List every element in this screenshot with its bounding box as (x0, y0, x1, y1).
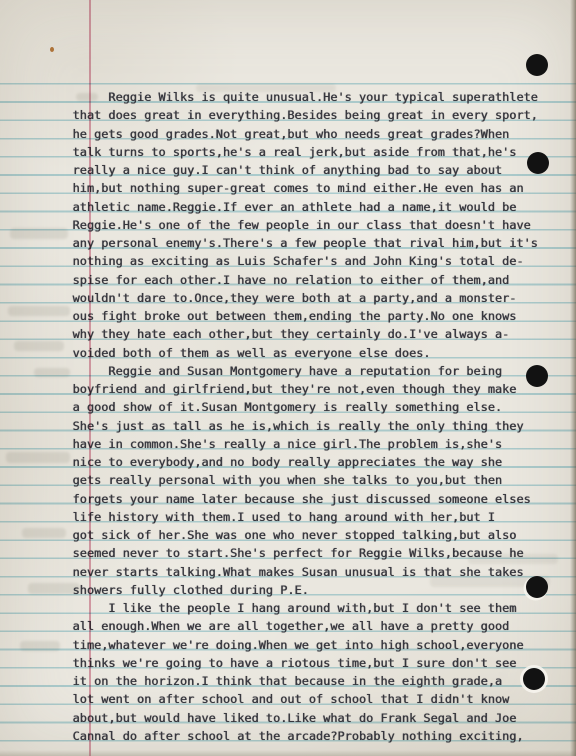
text-line: She's just as tall as he is,which is rea… (73, 417, 538, 435)
text-line: athletic name.Reggie.If ever an athlete … (73, 198, 538, 216)
punch-hole (523, 668, 545, 690)
text-line: voided both of them as well as everyone … (73, 344, 538, 362)
bleed-through-smudge (20, 641, 60, 651)
text-line: he gets good grades.Not great,but who ne… (73, 125, 538, 143)
text-line: ous fight broke out between them,ending … (73, 307, 538, 325)
text-line: any personal enemy's.There's a few peopl… (73, 234, 538, 252)
text-line: it on the horizon.I think that because i… (73, 672, 538, 690)
text-line: time,whatever we're doing.When we get in… (73, 636, 538, 654)
bleed-through-smudge (14, 341, 64, 351)
page-bottom-edge (0, 750, 576, 756)
notebook-paper-page: Reggie Wilks is quite unusual.He's your … (0, 0, 576, 756)
bleed-through-smudge (10, 228, 68, 239)
text-line: forgets your name later because she just… (73, 490, 538, 508)
text-line: I like the people I hang around with,but… (73, 599, 538, 617)
page-right-edge (570, 0, 576, 756)
text-line: nice to everybody,and no body really app… (73, 453, 538, 471)
text-line: gets really personal with you when she t… (73, 471, 538, 489)
ink-speck (50, 47, 54, 52)
text-line: never starts talking.What makes Susan un… (73, 563, 538, 581)
text-line: him,but nothing super-great comes to min… (73, 179, 538, 197)
text-line: really a nice guy.I can't think of anyth… (73, 161, 538, 179)
text-line: wouldn't dare to.Once,they were both at … (73, 289, 538, 307)
text-line: Reggie and Susan Montgomery have a reput… (73, 362, 538, 380)
text-line: all enough.When we are all together,we a… (73, 617, 538, 635)
punch-hole (527, 152, 549, 174)
text-line: talk turns to sports,he's a real jerk,bu… (73, 143, 538, 161)
text-line: thinks we're going to have a riotous tim… (73, 654, 538, 672)
text-line: spise for each other.I have no relation … (73, 271, 538, 289)
bleed-through-smudge (8, 306, 70, 316)
text-line: lot went on after school and out of scho… (73, 690, 538, 708)
punch-hole (526, 576, 548, 598)
text-line: got sick of her.She was one who never st… (73, 526, 538, 544)
text-line: Reggie Wilks is quite unusual.He's your … (73, 88, 538, 106)
text-line: why they hate each other,but they certai… (73, 325, 538, 343)
text-line: that does great in everything.Besides be… (73, 106, 538, 124)
text-line: showers fully clothed during P.E. (73, 581, 538, 599)
text-line: a good show of it.Susan Montgomery is re… (73, 398, 538, 416)
text-line: boyfriend and girlfriend,but they're not… (73, 380, 538, 398)
text-line: about,but would have liked to.Like what … (73, 709, 538, 727)
punch-hole (526, 365, 548, 387)
typed-text: Reggie Wilks is quite unusual.He's your … (73, 88, 538, 745)
text-line: life history with them.I used to hang ar… (73, 508, 538, 526)
text-line: Cannal do after school at the arcade?Pro… (73, 727, 538, 745)
bleed-through-smudge (6, 452, 70, 463)
bleed-through-smudge (22, 528, 66, 538)
text-line: Reggie.He's one of the few people in our… (73, 216, 538, 234)
text-line: seemed never to start.She's perfect for … (73, 544, 538, 562)
bleed-through-smudge (34, 368, 70, 377)
text-line: nothing as exciting as Luis Schafer's an… (73, 252, 538, 270)
text-line: have in common.She's really a nice girl.… (73, 435, 538, 453)
punch-hole (526, 54, 548, 76)
